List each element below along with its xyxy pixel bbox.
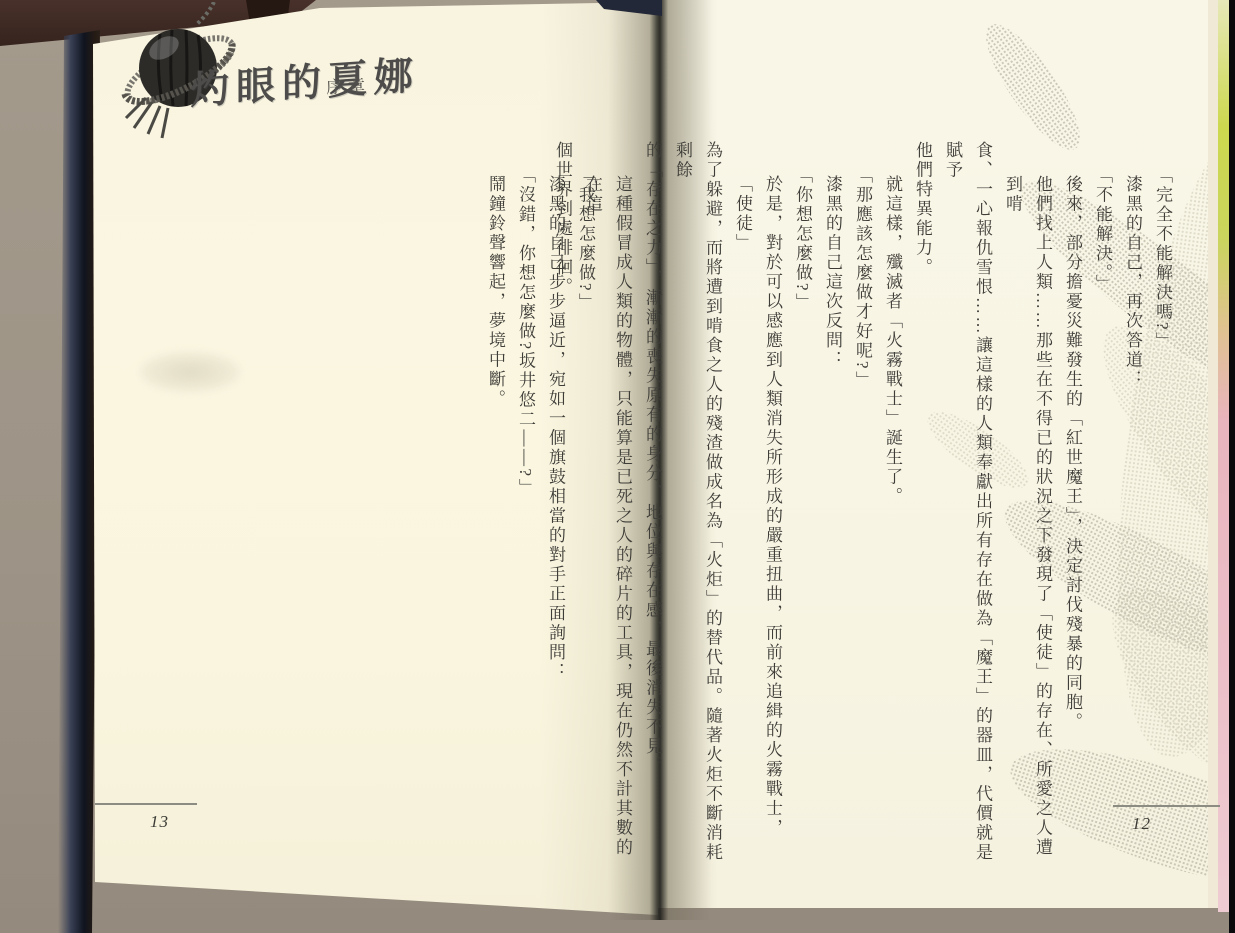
page-edge-white	[1208, 0, 1218, 908]
text-column: 漆黑的自己這次反問：	[817, 141, 847, 863]
text-column: 「完全不能解決嗎?」	[1147, 141, 1177, 863]
right-folio-rule	[1113, 805, 1220, 807]
text-column: 食、一心報仇雪恨……讓這樣的人類奉獻出所有存在做為「魔王」的器皿，代價就是賦予	[937, 141, 997, 863]
scan-smudge	[140, 352, 240, 392]
text-column: 他們特異能力。	[907, 141, 937, 863]
text-column: 漆黑的自己，再次答道：	[1117, 141, 1147, 863]
left-folio-rule	[95, 803, 197, 805]
text-column: 為了躲避，而將遭到啃食之人的殘渣做成名為「火炬」的替代品。隨著火炬不斷消耗剩餘	[667, 141, 727, 863]
text-column: 的「存在之力」，漸漸的喪失原有的身分、地位與存在感，最後消失不見。	[637, 141, 667, 863]
text-column: 就這樣，殲滅者「火霧戰士」誕生了。	[877, 141, 907, 863]
right-page-number: 12	[1132, 814, 1151, 834]
page-edge-colored	[1218, 0, 1229, 912]
text-column: 「不能解決。」	[1087, 141, 1117, 863]
text-column: 鬧鐘鈴聲響起，夢境中斷。	[480, 141, 510, 863]
book-spread-scan: 灼眼的夏娜 序章 「完全不能解決嗎?」漆黑的自己，再次答道：「不能解決。」後來，…	[0, 0, 1235, 933]
chapter-label: 序章	[325, 71, 370, 98]
text-column: 「那應該怎麼做才好呢?」	[847, 141, 877, 863]
left-page-number: 13	[150, 812, 169, 832]
text-column: 「我想怎麼做?」	[570, 141, 600, 863]
left-page-text: 「我想怎麼做?」漆黑的自己步步逼近，宛如一個旗鼓相當的對手正面詢問：「沒錯，你想…	[476, 141, 600, 863]
text-column: 於是，對於可以感應到人類消失所形成的嚴重扭曲，而前來追緝的火霧戰士，「使徒」	[727, 141, 787, 863]
page-edge-dark	[1229, 0, 1235, 933]
text-column: 「你想怎麼做?」	[787, 141, 817, 863]
right-page-text: 「完全不能解決嗎?」漆黑的自己，再次答道：「不能解決。」後來，部分擔憂災難發生的…	[695, 141, 1177, 863]
text-column: 漆黑的自己步步逼近，宛如一個旗鼓相當的對手正面詢問：	[540, 141, 570, 863]
text-column: 「沒錯，你想怎麼做?坂井悠二——?」	[510, 141, 540, 863]
text-column: 他們找上人類……那些在不得已的狀況之下發現了「使徒」的存在、所愛之人遭到啃	[997, 141, 1057, 863]
text-column: 後來，部分擔憂災難發生的「紅世魔王」，決定討伐殘暴的同胞。	[1057, 141, 1087, 863]
halftone-wisp	[971, 12, 1095, 161]
